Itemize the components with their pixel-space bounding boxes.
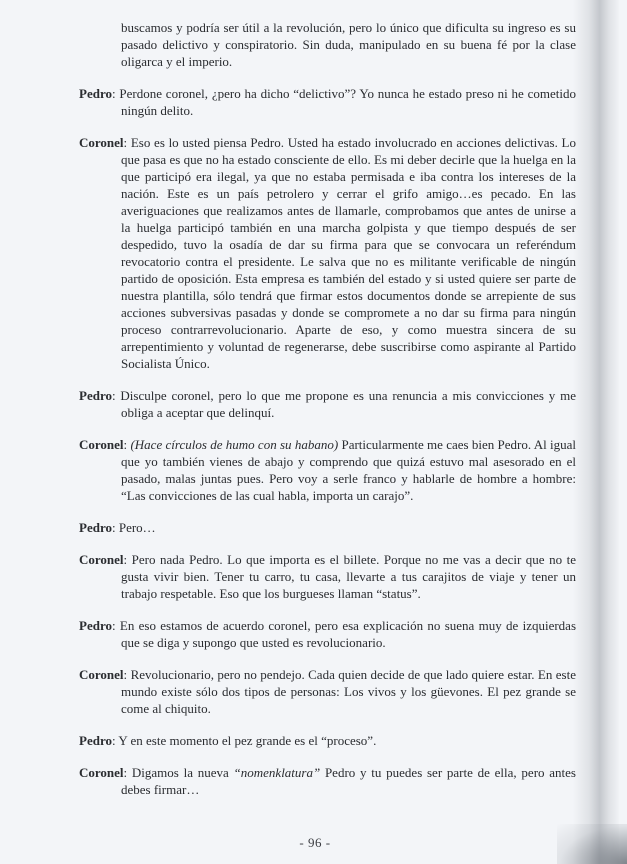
- dialogue-text: : Disculpe coronel, pero lo que me propo…: [112, 388, 576, 420]
- dialogue-text: : Eso es lo usted piensa Pedro. Usted ha…: [121, 135, 576, 371]
- dialogue-text: (Hace círculos de humo con su habano): [130, 437, 338, 452]
- dialogue-paragraph: Pedro: Pero…: [79, 519, 576, 536]
- dialogue-text: “nomenklatura”: [234, 765, 321, 780]
- page-edge-shadow: [573, 0, 619, 864]
- speaker-label: Coronel: [79, 765, 124, 780]
- dialogue-text: : Pero nada Pedro. Lo que importa es el …: [121, 552, 576, 601]
- dialogue-paragraph: Coronel: Pero nada Pedro. Lo que importa…: [79, 551, 576, 602]
- dialogue-paragraph: Pedro: Perdone coronel, ¿pero ha dicho “…: [79, 85, 576, 119]
- dialogue-paragraph: Coronel: (Hace círculos de humo con su h…: [79, 436, 576, 504]
- dialogue-text: : Perdone coronel, ¿pero ha dicho “delic…: [112, 86, 576, 118]
- dialogue-paragraph: Coronel: Digamos la nueva “nomenklatura”…: [79, 764, 576, 798]
- speaker-label: Coronel: [79, 552, 124, 567]
- dialogue-text: : En eso estamos de acuerdo coronel, per…: [112, 618, 576, 650]
- dialogue-text: : Digamos la nueva: [124, 765, 234, 780]
- speaker-label: Pedro: [79, 388, 112, 403]
- speaker-label: Pedro: [79, 520, 112, 535]
- dialogue-paragraph: buscamos y podría ser útil a la revoluci…: [79, 19, 576, 70]
- dialogue-paragraph: Pedro: Y en este momento el pez grande e…: [79, 732, 576, 749]
- dialogue: buscamos y podría ser útil a la revoluci…: [79, 19, 576, 813]
- page-number: - 96 -: [0, 835, 627, 851]
- dialogue-paragraph: Coronel: Eso es lo usted piensa Pedro. U…: [79, 134, 576, 372]
- dialogue-paragraph: Coronel: Revolucionario, pero no pendejo…: [79, 666, 576, 717]
- dialogue-paragraph: Pedro: En eso estamos de acuerdo coronel…: [79, 617, 576, 651]
- speaker-label: Coronel: [79, 135, 124, 150]
- speaker-label: Pedro: [79, 86, 112, 101]
- speaker-label: Pedro: [79, 733, 112, 748]
- dialogue-text: : Revolucionario, pero no pendejo. Cada …: [121, 667, 576, 716]
- speaker-label: Coronel: [79, 437, 124, 452]
- dialogue-text: buscamos y podría ser útil a la revoluci…: [121, 20, 576, 69]
- speaker-label: Coronel: [79, 667, 124, 682]
- dialogue-text: : Y en este momento el pez grande es el …: [112, 733, 376, 748]
- dialogue-text: : Pero…: [112, 520, 156, 535]
- speaker-label: Pedro: [79, 618, 112, 633]
- dialogue-paragraph: Pedro: Disculpe coronel, pero lo que me …: [79, 387, 576, 421]
